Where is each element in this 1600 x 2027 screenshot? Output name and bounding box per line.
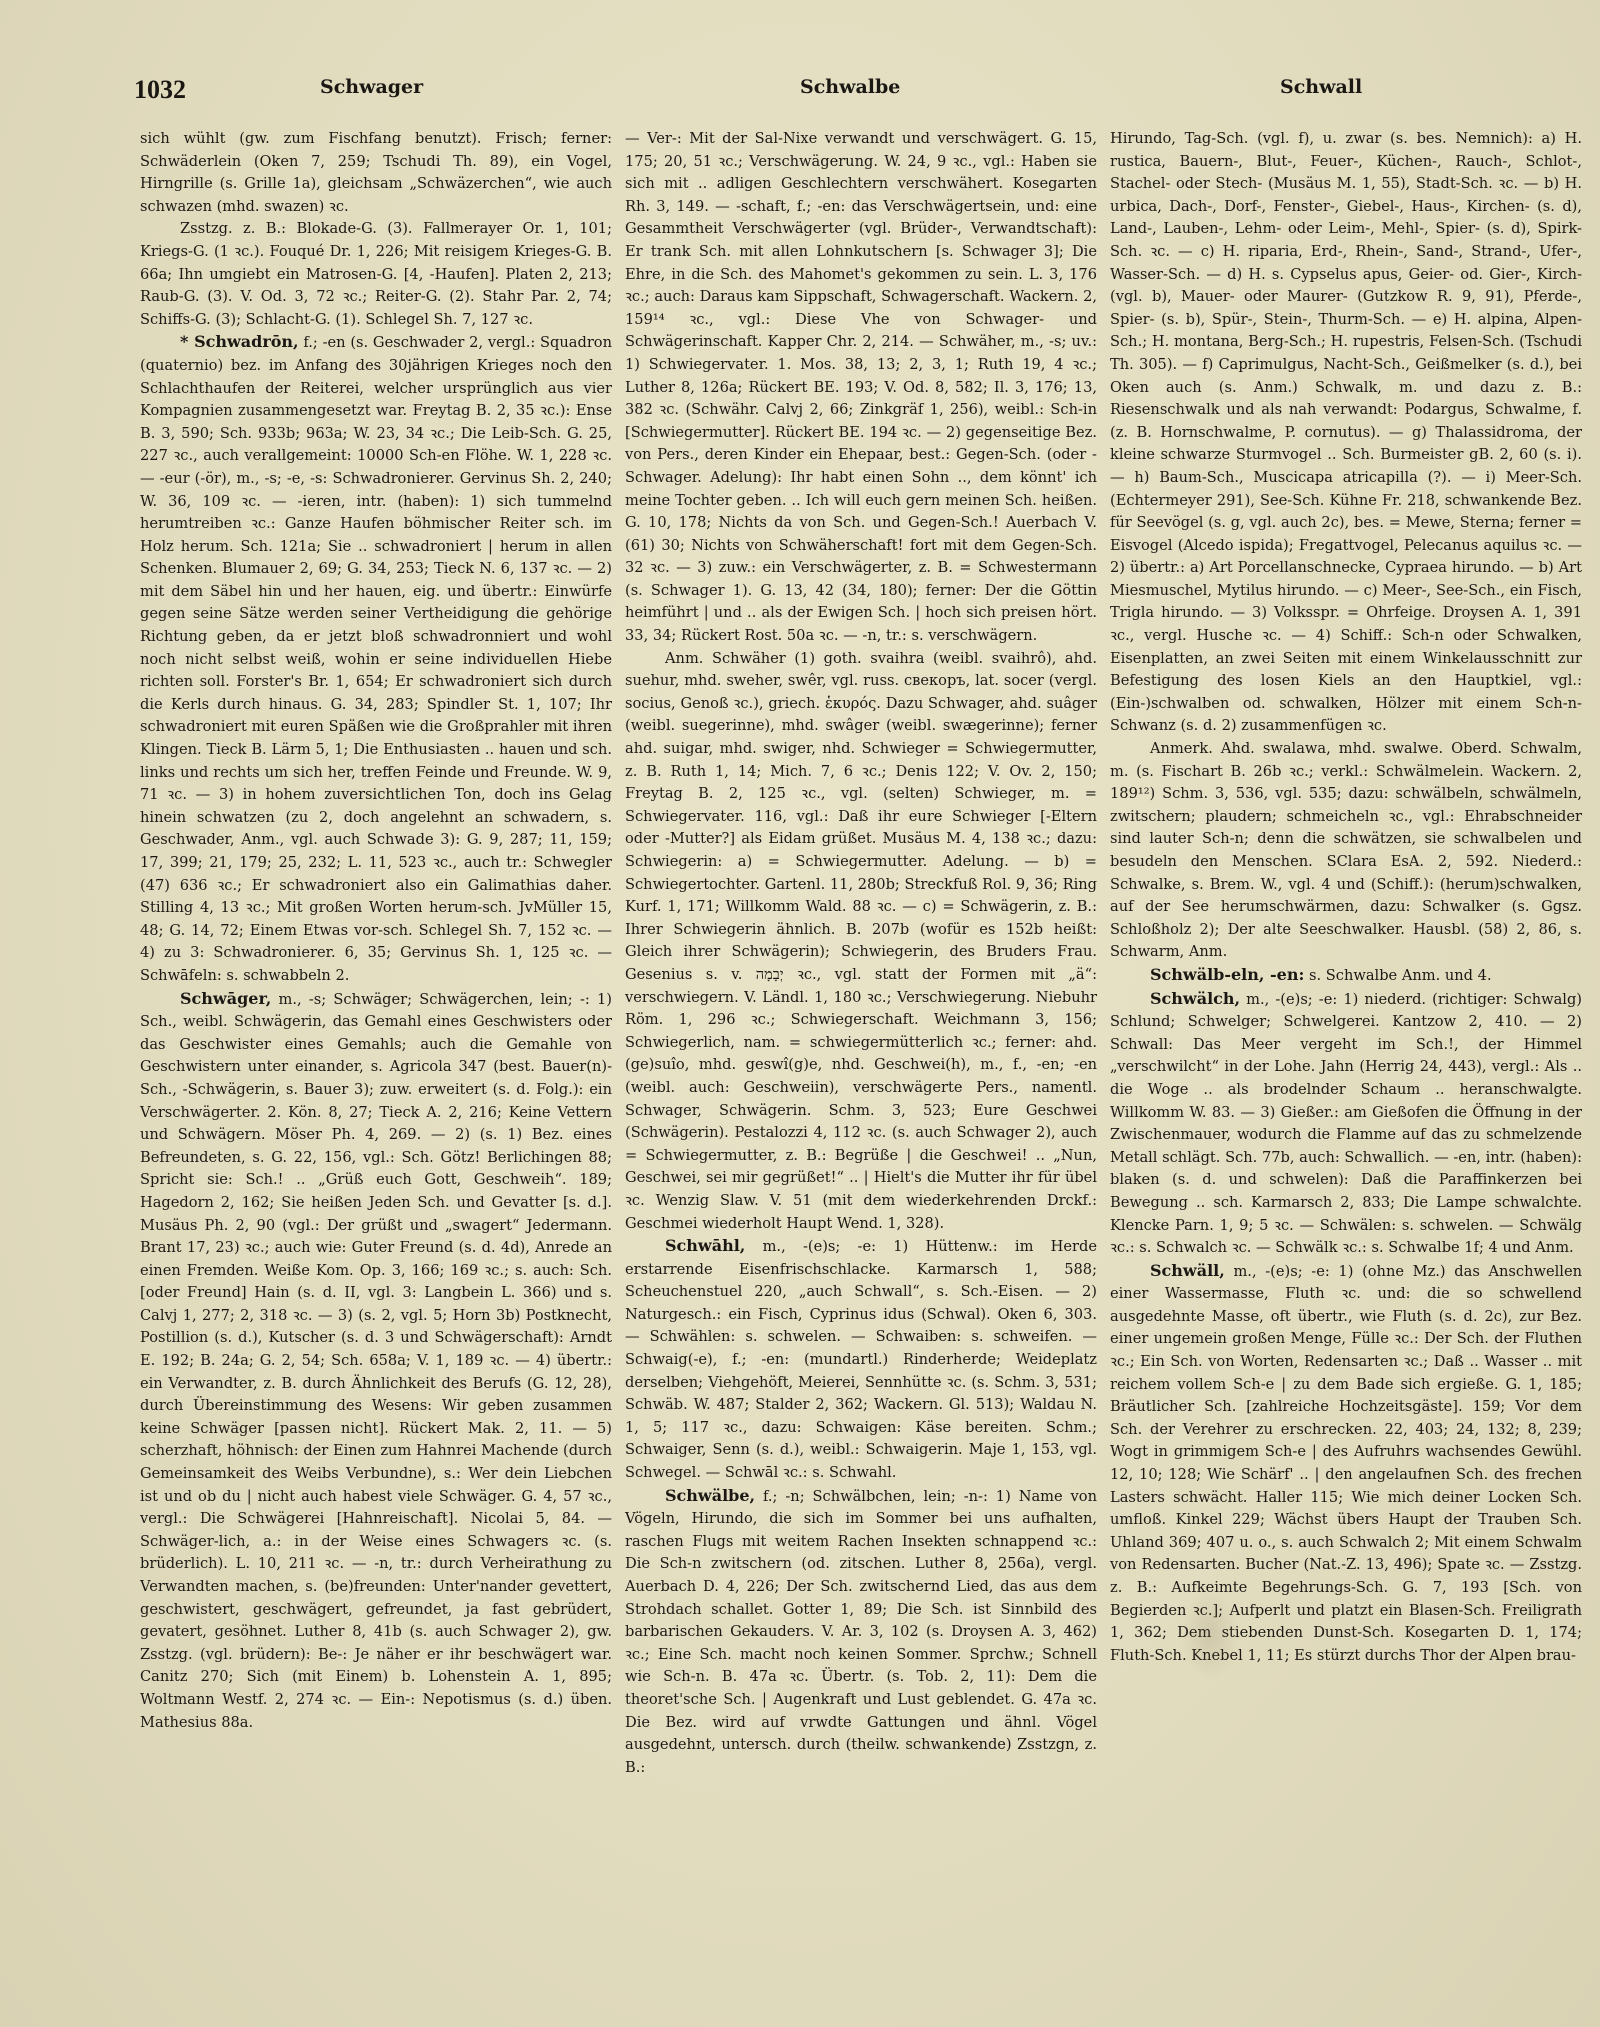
- headword: * Schwadrōn,: [180, 332, 299, 351]
- entry-text: Zsstzg. z. B.: Blokade-G. (3). Fallmeray…: [140, 220, 612, 327]
- entry-schwalbeln: Schwälb-eln, -en: s. Schwalbe Anm. und 4…: [1110, 964, 1582, 988]
- headword: Schwälb-eln, -en:: [1150, 965, 1304, 984]
- column-2: — Ver-: Mit der Sal-Nixe verwandt und ve…: [625, 128, 1097, 1779]
- column-1: sich wühlt (gw. zum Fischfang benutzt). …: [140, 128, 612, 1734]
- entry-annotation: Anm. Schwäher (1) goth. svaihra (weibl. …: [625, 648, 1097, 1235]
- entry-paragraph: Hirundo, Tag-Sch. (vgl. f), u. zwar (s. …: [1110, 128, 1582, 738]
- column-3: Hirundo, Tag-Sch. (vgl. f), u. zwar (s. …: [1110, 128, 1582, 1667]
- running-head-right: Schwall: [1280, 76, 1362, 98]
- headword: Schwälbe,: [665, 1486, 755, 1505]
- entry-text: Anm. Schwäher (1) goth. svaihra (weibl. …: [625, 650, 1097, 1232]
- headword: Schwälch,: [1150, 989, 1240, 1008]
- entry-text: Anmerk. Ahd. swalawa, mhd. swalwe. Oberd…: [1110, 740, 1582, 960]
- entry-text: f.; -n; Schwälbchen, lein; -n-: 1) Name …: [625, 1488, 1097, 1776]
- entry-text: m., -(e)s; -e: 1) (ohne Mz.) das Anschwe…: [1110, 1263, 1582, 1664]
- entry-paragraph: — Ver-: Mit der Sal-Nixe verwandt und ve…: [625, 128, 1097, 648]
- entry-text: Hirundo, Tag-Sch. (vgl. f), u. zwar (s. …: [1110, 130, 1582, 734]
- entry-text: sich wühlt (gw. zum Fischfang benutzt). …: [140, 130, 612, 215]
- entry-annotation: Anmerk. Ahd. swalawa, mhd. swalwe. Oberd…: [1110, 738, 1582, 964]
- entry-text: s. Schwalbe Anm. und 4.: [1304, 967, 1491, 984]
- entry-text: m., -s; Schwäger; Schwägerchen, lein; -:…: [140, 991, 612, 1731]
- page-number: 1032: [134, 75, 186, 105]
- entry-schwall: Schwäll, m., -(e)s; -e: 1) (ohne Mz.) da…: [1110, 1260, 1582, 1668]
- entry-paragraph: sich wühlt (gw. zum Fischfang benutzt). …: [140, 128, 612, 218]
- entry-text: — Ver-: Mit der Sal-Nixe verwandt und ve…: [625, 130, 1097, 644]
- entry-text: m., -(e)s; -e: 1) Hüttenw.: im Herde ers…: [625, 1238, 1097, 1481]
- entry-schwager: Schwāger, m., -s; Schwäger; Schwägerchen…: [140, 988, 612, 1735]
- entry-schwalbe: Schwälbe, f.; -n; Schwälbchen, lein; -n-…: [625, 1485, 1097, 1780]
- headword: Schwäll,: [1150, 1261, 1225, 1280]
- headword: Schwāger,: [180, 989, 271, 1008]
- entry-schwahl: Schwāhl, m., -(e)s; -e: 1) Hüttenw.: im …: [625, 1235, 1097, 1485]
- entry-text: f.; -en (s. Geschwader 2, vergl.: Squadr…: [140, 334, 612, 984]
- running-head-left: Schwager: [320, 76, 423, 98]
- entry-paragraph: Zsstzg. z. B.: Blokade-G. (3). Fallmeray…: [140, 218, 612, 331]
- running-head-center: Schwalbe: [800, 76, 900, 98]
- headword: Schwāhl,: [665, 1236, 745, 1255]
- entry-schwalch: Schwälch, m., -(e)s; -e: 1) niederd. (ri…: [1110, 988, 1582, 1260]
- entry-text: m., -(e)s; -e: 1) niederd. (richtiger: S…: [1110, 991, 1582, 1257]
- entry-schwadron: * Schwadrōn, f.; -en (s. Geschwader 2, v…: [140, 331, 612, 987]
